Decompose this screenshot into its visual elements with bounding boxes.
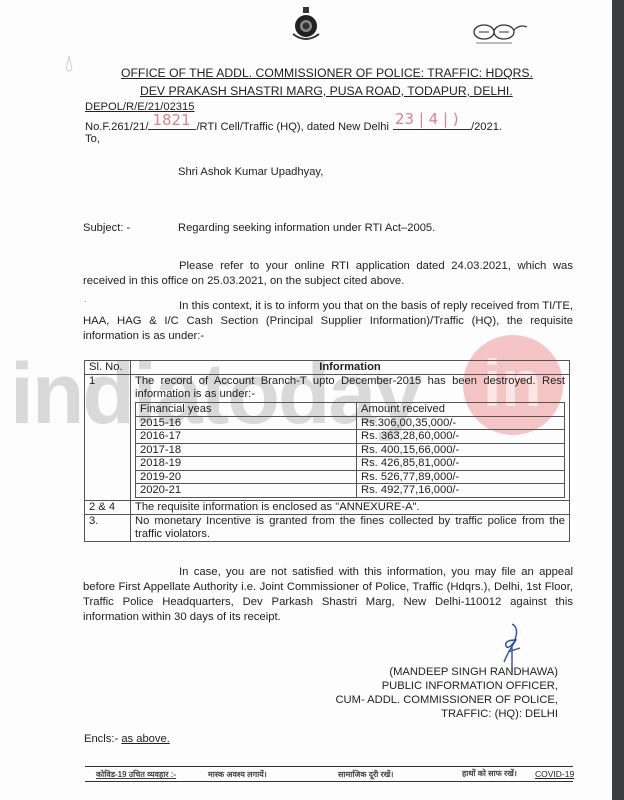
table-row: 2015-16Rs.306,00,35,000/- [136, 416, 565, 430]
row1-sl: 1 [85, 375, 131, 501]
handwritten-date: 23 | 4 | ) [395, 113, 459, 126]
officer-title-1: PUBLIC INFORMATION OFFICER, [382, 680, 558, 693]
row1-text: The record of Account Branch-T upto Dece… [135, 375, 565, 401]
footer-item-mask: मास्क अवश्य लगायें। [208, 769, 267, 780]
footer-item-hands: हाथों को साफ रखें। [462, 768, 517, 779]
amount-cell: Rs.306,00,35,000/- [357, 416, 565, 430]
inner-header-row: Financial yeas Amount received [136, 403, 565, 417]
footer-bottom-rule [85, 781, 573, 782]
inner-header-year: Financial yeas [136, 403, 357, 417]
row2-sl: 2 & 4 [85, 500, 131, 514]
file-number-prefix: No.F.261/21/ [85, 121, 148, 133]
row3-info: No monetary Incentive is granted from th… [131, 514, 570, 541]
file-number-blank: 1821 [148, 118, 196, 130]
subject-text: Regarding seeking information under RTI … [178, 222, 435, 235]
reference-line: No.F.261/21/1821/RTI Cell/Traffic (HQ), … [85, 118, 502, 134]
officer-name: (MANDEEP SINGH RANDHAWA) [389, 666, 558, 679]
table-row: 3. No monetary Incentive is granted from… [85, 514, 570, 541]
subject-label: Subject: - [83, 222, 130, 235]
year-cell: 2015-16 [136, 416, 357, 430]
year-suffix: /2021. [471, 121, 502, 133]
table-header-row: Sl. No. Information [85, 361, 570, 375]
table-row: 2020-21Rs. 492,77,16,000/- [136, 484, 565, 498]
paragraph-context-text: In this context, it is to inform you tha… [83, 300, 573, 342]
footer-top-rule [85, 766, 573, 767]
swachh-bharat-glasses-icon [470, 22, 528, 46]
information-table: Sl. No. Information 1 The record of Acco… [84, 360, 570, 542]
paragraph-appeal: In case, you are not satisfied with this… [83, 565, 573, 625]
financial-year-table: Financial yeas Amount received 2015-16Rs… [135, 402, 565, 498]
office-title-line2: DEV PRAKASH SHASTRI MARG, PUSA ROAD, TOD… [140, 84, 513, 98]
enclosure: Encls:- as above. [84, 733, 170, 746]
amount-cell: Rs. 400,15,66,000/- [357, 443, 565, 457]
paragraph-reference-text: Please refer to your online RTI applicat… [83, 260, 573, 287]
table-row: 1 The record of Account Branch-T upto De… [85, 375, 570, 501]
table-row: 2017-18Rs. 400,15,66,000/- [136, 443, 565, 457]
file-number-suffix: /RTI Cell/Traffic (HQ), dated New Delhi [196, 121, 389, 133]
table-row: 2016-17Rs. 363,28,60,000/- [136, 430, 565, 444]
paragraph-reference: Please refer to your online RTI applicat… [83, 259, 573, 289]
enclosure-value: as above. [121, 733, 170, 745]
row2-info: The requisite information is enclosed as… [131, 500, 570, 514]
document-page: OFFICE OF THE ADDL. COMMISSIONER OF POLI… [0, 0, 612, 800]
enclosure-label: Encls:- [84, 733, 118, 745]
to-label: To, [85, 133, 100, 146]
office-title-line1: OFFICE OF THE ADDL. COMMISSIONER OF POLI… [121, 66, 533, 80]
scan-edge-shadow [612, 0, 624, 800]
footer-item-distance: सामाजिक दूरी रखें। [338, 769, 393, 780]
date-blank: 23 | 4 | ) [393, 118, 471, 130]
year-cell: 2019-20 [136, 470, 357, 484]
pin-mark-icon [64, 55, 74, 75]
row1-info: The record of Account Branch-T upto Dece… [131, 375, 570, 501]
year-cell: 2016-17 [136, 430, 357, 444]
paragraph-context: In this context, it is to inform you tha… [83, 299, 573, 344]
delhi-police-emblem-icon [290, 6, 322, 42]
row3-sl: 3. [85, 514, 131, 541]
handwritten-file-number: 1821 [152, 114, 190, 127]
header-information: Information [131, 361, 570, 375]
year-cell: 2020-21 [136, 484, 357, 498]
officer-title-2: CUM- ADDL. COMMISSIONER OF POLICE, [335, 694, 558, 707]
amount-cell: Rs. 526,77,89,000/- [357, 470, 565, 484]
year-cell: 2018-19 [136, 457, 357, 471]
footer-covid-label: कोविड-19 उचित व्यवहार :- [96, 769, 176, 780]
year-cell: 2017-18 [136, 443, 357, 457]
table-row: 2019-20Rs. 526,77,89,000/- [136, 470, 565, 484]
table-row: 2018-19Rs. 426,85,81,000/- [136, 457, 565, 471]
inner-header-amount: Amount received [357, 403, 565, 417]
officer-title-3: TRAFFIC: (HQ): DELHI [441, 708, 558, 721]
amount-cell: Rs. 363,28,60,000/- [357, 430, 565, 444]
paragraph-appeal-text: In case, you are not satisfied with this… [83, 566, 573, 623]
recipient-name: Shri Ashok Kumar Upadhyay, [178, 166, 323, 179]
amount-cell: Rs. 426,85,81,000/- [357, 457, 565, 471]
header-sl-no: Sl. No. [85, 361, 131, 375]
table-row: 2 & 4 The requisite information is enclo… [85, 500, 570, 514]
amount-cell: Rs. 492,77,16,000/- [357, 484, 565, 498]
footer-covid-tag: COVID-19 [535, 769, 574, 779]
